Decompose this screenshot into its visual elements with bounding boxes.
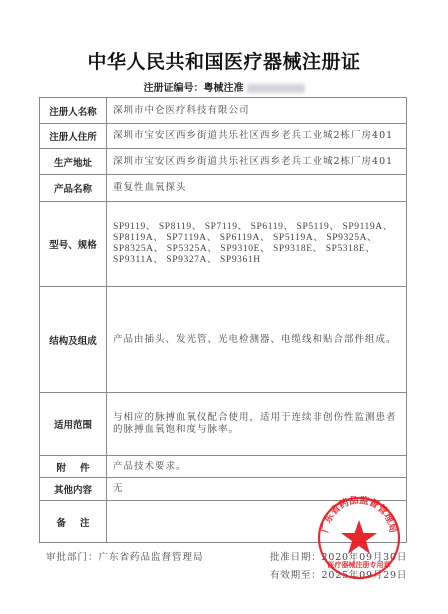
svg-text:医疗器械注册专用章: 医疗器械注册专用章 bbox=[328, 560, 391, 569]
table-row: 附件 产品技术要求。 bbox=[40, 456, 407, 478]
model-line: SP9311A、 SP9327A、 SP9361H bbox=[113, 255, 402, 266]
model-line: SP8119A、 SP7119A、 SP6119A、 SP5119A、 SP93… bbox=[113, 233, 402, 244]
row-label: 注册人住所 bbox=[40, 124, 107, 149]
row-value: 深圳市宝安区西乡街道共乐社区西乡老兵工业城2栋厂房401 bbox=[107, 149, 407, 175]
table-row: 产品名称 重复性血氧探头 bbox=[40, 175, 407, 202]
reg-number-prefix: 粤械注准 bbox=[204, 83, 244, 94]
table-row: 适用范围 与相应的脉搏血氧仪配合使用，适用于连续非创伤性监测患者的脉搏血氧饱和度… bbox=[40, 393, 407, 456]
redacted-number bbox=[247, 84, 305, 93]
official-seal-icon: 广东省药品监督管理局 医疗器械注册专用章 bbox=[317, 496, 401, 580]
row-label: 其他内容 bbox=[40, 478, 107, 501]
row-label: 产品名称 bbox=[40, 175, 107, 202]
row-value: 与相应的脉搏血氧仪配合使用，适用于连续非创伤性监测患者的脉搏血氧饱和度与脉率。 bbox=[107, 393, 407, 456]
row-label: 适用范围 bbox=[40, 393, 107, 456]
table-row: 型号、规格 SP9119、 SP8119、 SP7119、 SP6119、 SP… bbox=[40, 202, 407, 287]
reg-number-label: 注册证编号： bbox=[144, 83, 204, 94]
certificate-table: 注册人名称 深圳市中仑医疗科技有限公司 注册人住所 深圳市宝安区西乡街道共乐社区… bbox=[39, 97, 407, 543]
model-line: SP8325A、 SP5325A、 SP9310E、 SP9318E、 SP53… bbox=[113, 244, 402, 255]
table-row: 注册人名称 深圳市中仑医疗科技有限公司 bbox=[40, 98, 407, 124]
row-value: 产品技术要求。 bbox=[107, 456, 407, 478]
row-value: 深圳市中仑医疗科技有限公司 bbox=[107, 98, 407, 124]
document-title: 中华人民共和国医疗器械注册证 bbox=[0, 47, 448, 74]
row-value: 产品由插头、发光管、光电检测器、电缆线和贴合部件组成。 bbox=[107, 287, 407, 393]
row-label: 结构及组成 bbox=[40, 287, 107, 393]
row-label: 生产地址 bbox=[40, 149, 107, 175]
row-value-models: SP9119、 SP8119、 SP7119、 SP6119、 SP5119、 … bbox=[107, 202, 407, 287]
registration-number: 注册证编号：粤械注准 bbox=[0, 79, 448, 94]
row-value: 深圳市宝安区西乡街道共乐社区西乡老兵工业城2栋厂房401 bbox=[107, 124, 407, 149]
approval-department: 审批部门：广东省药品监督管理局 bbox=[46, 549, 204, 563]
row-label: 注册人名称 bbox=[40, 98, 107, 124]
row-label: 备注 bbox=[40, 501, 107, 543]
table-row: 注册人住所 深圳市宝安区西乡街道共乐社区西乡老兵工业城2栋厂房401 bbox=[40, 124, 407, 149]
row-value: 重复性血氧探头 bbox=[107, 175, 407, 202]
model-line: SP9119、 SP8119、 SP7119、 SP6119、 SP5119、 … bbox=[113, 222, 402, 233]
table-row: 结构及组成 产品由插头、发光管、光电检测器、电缆线和贴合部件组成。 bbox=[40, 287, 407, 393]
table-row: 生产地址 深圳市宝安区西乡街道共乐社区西乡老兵工业城2栋厂房401 bbox=[40, 149, 407, 175]
row-label: 型号、规格 bbox=[40, 202, 107, 287]
row-label: 附件 bbox=[40, 456, 107, 478]
